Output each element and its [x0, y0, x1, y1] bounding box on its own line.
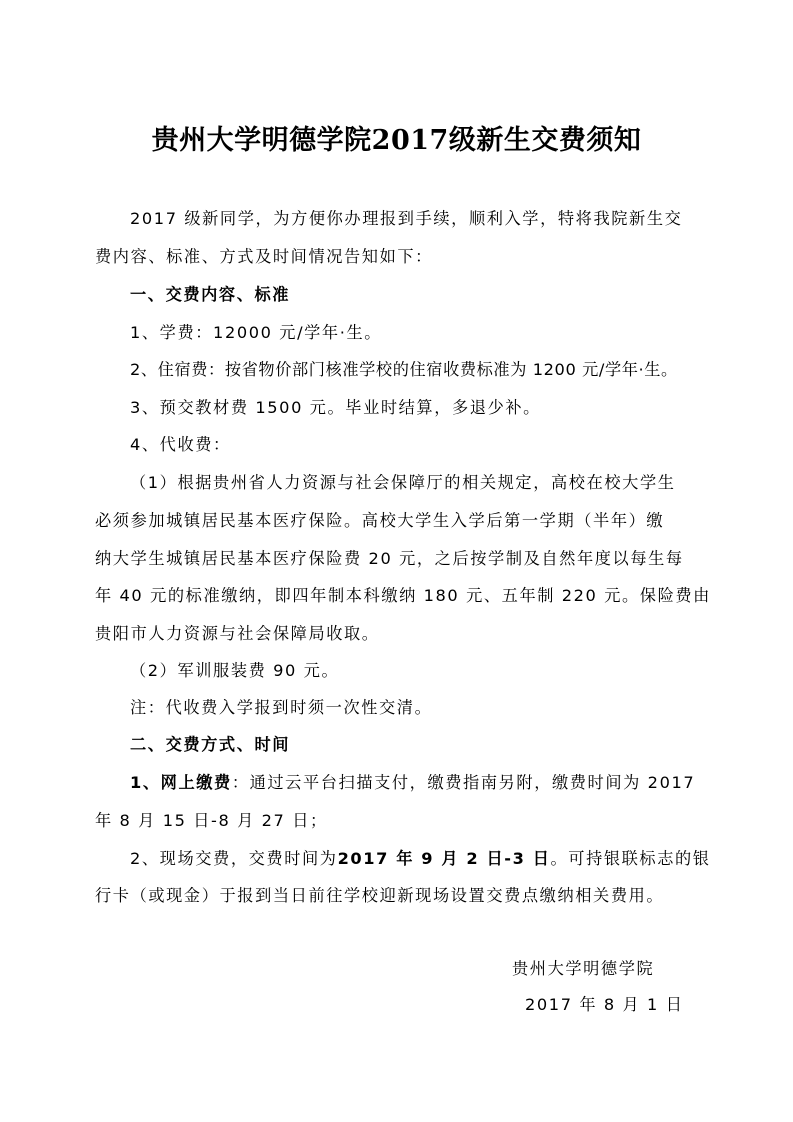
intro-line-1: 2017 级新同学，为方便你办理报到手续，顺利入学，特将我院新生交: [130, 205, 750, 229]
intro-line-2: 费内容、标准、方式及时间情况告知如下：: [95, 243, 715, 267]
onsite-payment-date: 2017 年 9 月 2 日-3 日: [338, 849, 551, 868]
insurance-line-3: 纳大学生城镇居民基本医疗保险费 20 元，之后按学制及自然年度以每生每: [95, 545, 715, 569]
section-2-heading: 二、交费方式、时间: [130, 731, 750, 755]
onsite-payment-suffix: 。可持银联标志的银: [551, 849, 711, 868]
fee-item-accommodation: 2、住宿费：按省物价部门核准学校的住宿收费标准为 1200 元/学年·生。: [130, 356, 750, 380]
insurance-line-4: 年 40 元的标准缴纳，即四年制本科缴纳 180 元、五年制 220 元。保险费…: [95, 582, 715, 606]
online-payment-label: 1、网上缴费: [130, 773, 232, 792]
insurance-line-2: 必须参加城镇居民基本医疗保险。高校大学生入学后第一学期（半年）缴: [95, 507, 715, 531]
document-page: 贵州大学明德学院2017级新生交费须知 2017 级新同学，为方便你办理报到手续…: [0, 0, 793, 1122]
onsite-payment-line-2: 行卡（或现金）于报到当日前往学校迎新现场设置交费点缴纳相关费用。: [95, 882, 715, 906]
signature-org: 贵州大学明德学院: [512, 955, 654, 979]
online-payment-text: ：通过云平台扫描支付，缴费指南另附，缴费时间为 2017: [232, 773, 695, 792]
online-payment-line-1: 1、网上缴费：通过云平台扫描支付，缴费指南另附，缴费时间为 2017: [130, 769, 750, 793]
insurance-line-5: 贵阳市人力资源与社会保障局收取。: [95, 620, 715, 644]
fee-item-textbook: 3、预交教材费 1500 元。毕业时结算，多退少补。: [130, 394, 750, 418]
fee-item-tuition: 1、学费：12000 元/学年·生。: [130, 319, 750, 343]
onsite-payment-line-1: 2、现场交费，交费时间为2017 年 9 月 2 日-3 日。可持银联标志的银: [130, 845, 750, 869]
onsite-payment-prefix: 2、现场交费，交费时间为: [130, 849, 338, 868]
signature-date: 2017 年 8 月 1 日: [525, 991, 683, 1015]
military-uniform-fee: （2）军训服装费 90 元。: [130, 657, 750, 681]
fee-item-collected: 4、代收费：: [130, 431, 750, 455]
online-payment-line-2: 年 8 月 15 日-8 月 27 日；: [95, 807, 715, 831]
section-1-heading: 一、交费内容、标准: [130, 281, 750, 305]
collected-fee-note: 注：代收费入学报到时须一次性交清。: [130, 694, 750, 718]
document-title: 贵州大学明德学院2017级新生交费须知: [0, 118, 793, 157]
insurance-line-1: （1）根据贵州省人力资源与社会保障厅的相关规定，高校在校大学生: [130, 469, 750, 493]
